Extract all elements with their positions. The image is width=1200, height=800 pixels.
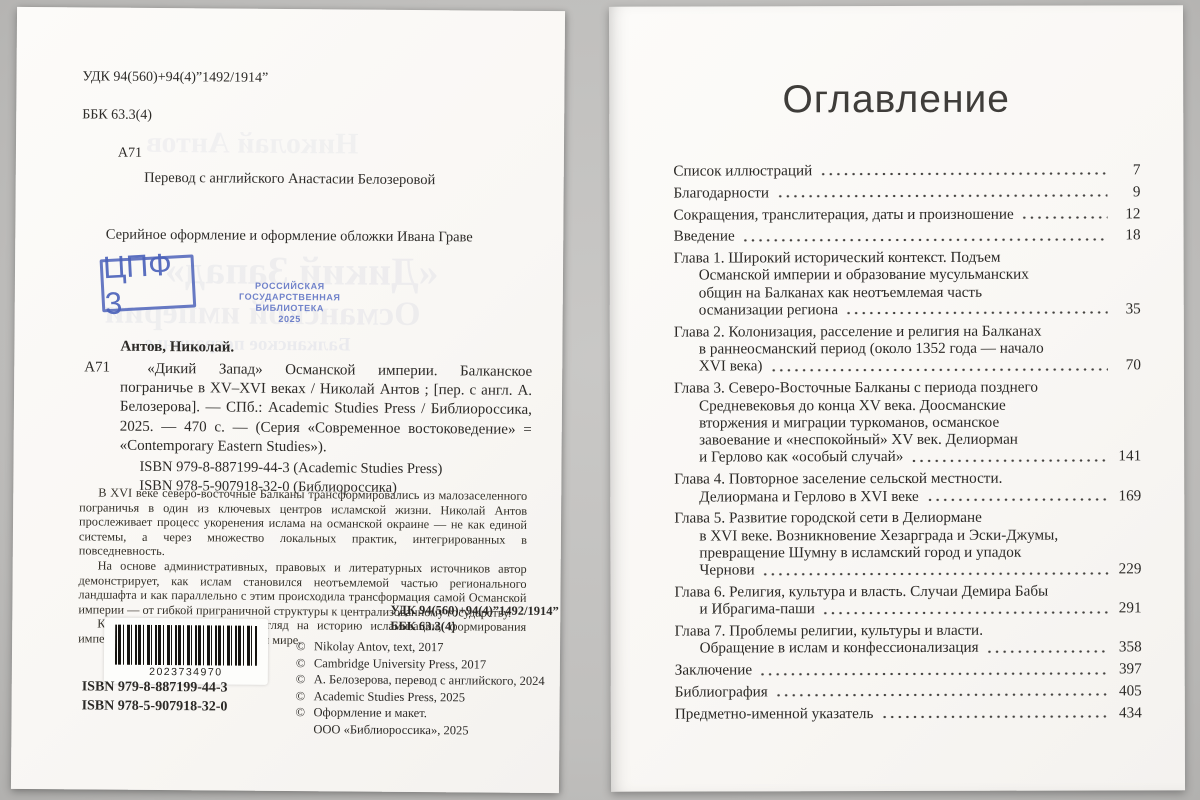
toc-page-number: 397 [1114,661,1142,678]
copyright-sign: © [296,655,314,672]
toc-entry: Благодарности9 [673,183,1140,202]
toc-page-number: 358 [1114,639,1142,656]
toc-line: Список иллюстраций7 [673,161,1140,180]
toc-line: в раннеосманский период (около 1352 года… [674,340,1141,359]
udk-line: УДК 94(560)+94(4)”1492/1914” [82,69,268,85]
toc-page: Оглавление Список иллюстраций7Благодарно… [609,5,1185,792]
copyright-text: ООО «Библиороссика», 2025 [313,721,468,739]
toc-entry-text: в XVI веке. Возникновение Хезарграда и Э… [699,526,1058,544]
toc-entry-text: вторжения и миграции туркоманов, османск… [699,414,999,432]
toc-page-number: 70 [1113,357,1141,374]
translator-credit: Перевод с английского Анастасии Белозеро… [46,169,534,190]
toc-line: Глава 4. Повторное заселение сельской ме… [674,470,1141,489]
copyright-text: Academic Studies Press, 2025 [314,688,466,706]
toc-line: Глава 7. Проблемы религии, культуры и вл… [675,621,1142,640]
toc-entry-text: Глава 3. Северо-Восточные Балканы с пери… [674,379,1038,397]
dot-leader [776,194,1107,199]
toc-entry: Глава 6. Религия, культура и власть. Слу… [674,582,1141,618]
barcode-label: 2023734970 [104,618,269,685]
toc-entry: Предметно-именной указатель434 [675,704,1142,723]
toc-title: Оглавление [609,77,1183,123]
toc-entry: Глава 1. Широкий исторический контекст. … [674,249,1141,319]
toc-list: Список иллюстраций7Благодарности9Сокраще… [673,161,1141,727]
toc-page-number: 141 [1113,448,1141,465]
toc-entry: Глава 3. Северо-Восточные Балканы с пери… [674,379,1141,467]
author-code: А71 [82,145,142,160]
dot-leader [926,497,1109,501]
toc-entry-text: Предметно-именной указатель [675,705,874,723]
toc-entry: Сокращения, транслитерация, даты и произ… [673,205,1140,224]
copyright-list: ©Nikolay Antov, text, 2017©Cambridge Uni… [295,638,545,740]
toc-entry-text: Делиормана и Герлово в XVI веке [699,487,919,505]
toc-entry: Глава 7. Проблемы религии, культуры и вл… [675,621,1142,657]
toc-line: Благодарности9 [673,183,1140,202]
toc-entry-text: Глава 2. Колонизация, расселение и религ… [674,322,1042,340]
toc-entry-text: Список иллюстраций [673,162,812,180]
toc-line: Введение18 [674,227,1141,246]
copyright-text: Nikolay Antov, text, 2017 [314,638,444,656]
dot-leader [910,458,1108,463]
toc-entry-text: общин на Балканах как неотъемлемая часть [699,284,982,302]
toc-line: и Ибрагима-паши291 [675,600,1142,619]
toc-line: общин на Балканах как неотъемлемая часть [674,283,1141,302]
toc-entry-text: османизации региона [699,301,838,319]
toc-line: Османской империи и образование мусульма… [674,266,1141,285]
toc-entry-text: Османской империи и образование мусульма… [699,266,1029,284]
russian-state-library-stamp: РОССИЙСКАЯ ГОСУДАРСТВЕННАЯ БИБЛИОТЕКА 20… [227,281,353,326]
toc-page-number: 35 [1113,300,1141,317]
toc-page-number: 9 [1112,183,1140,200]
toc-entry: Глава 4. Повторное заселение сельской ме… [674,470,1141,506]
copyright-row: ООО «Библиороссика», 2025 [295,721,544,740]
toc-page-number: 18 [1113,227,1141,244]
toc-entry: Глава 5. Развитие городской сети в Делио… [674,509,1141,579]
toc-line: Глава 1. Широкий исторический контекст. … [674,249,1141,268]
dot-leader [880,715,1108,720]
toc-entry-text: и Герлово как «особый случай» [699,448,903,466]
toc-entry: Заключение397 [675,661,1142,680]
toc-entry-text: Библиография [675,683,768,701]
toc-entry: Глава 2. Колонизация, расселение и религ… [674,322,1141,375]
toc-page-number: 169 [1113,487,1141,504]
toc-line: в XVI веке. Возникновение Хезарграда и Э… [674,526,1141,545]
copyright-text: А. Белозерова, перевод с английского, 20… [314,671,545,689]
toc-entry-text: Чернови [699,562,754,579]
dot-leader [762,571,1109,576]
toc-line: Глава 2. Колонизация, расселение и религ… [674,322,1141,341]
toc-entry-text: Глава 6. Религия, культура и власть. Слу… [674,583,1048,601]
toc-line: Предметно-именной указатель434 [675,704,1142,723]
toc-line: Чернови229 [674,561,1141,580]
barcode-number: 2023734970 [115,666,257,679]
design-credit: Серийное оформление и оформление обложки… [45,226,533,247]
toc-page-number: 291 [1114,600,1142,617]
toc-entry: Введение18 [674,227,1141,246]
toc-entry-text: в раннеосманский период (около 1352 года… [699,340,1044,358]
toc-line: Сокращения, транслитерация, даты и произ… [673,205,1140,224]
dot-leader [845,311,1108,316]
isbn-footer: ISBN 979-8-887199-44-3ISBN 978-5-907918-… [82,678,228,716]
toc-entry-text: Заключение [675,662,752,679]
toc-line: XVI века)70 [674,357,1141,376]
dot-leader [822,610,1109,615]
copyright-sign: © [296,638,314,655]
toc-line: Глава 3. Северо-Восточные Балканы с пери… [674,379,1141,398]
copyright-sign: © [296,671,314,688]
toc-entry-text: Глава 4. Повторное заселение сельской ме… [674,470,1002,488]
isbn-line: ISBN 979-8-887199-44-3 (Academic Studies… [139,458,442,479]
toc-line: османизации региона35 [674,300,1141,319]
dot-leader [769,367,1107,372]
catalog-author: Антов, Николай. [120,339,234,357]
toc-line: Глава 6. Религия, культура и власть. Слу… [674,582,1141,601]
toc-entry-text: XVI века) [699,358,763,375]
dot-leader [759,671,1109,676]
toc-entry: Список иллюстраций7 [673,161,1140,180]
toc-entry-text: Средневековья до конца XV века. Доосманс… [699,396,1006,414]
catalog-entry: «Дикий Запад» Османской империи. Балканс… [120,360,533,459]
dot-leader [1021,215,1108,219]
copyright-row: ©Оформление и макет. [295,704,544,723]
copyright-row: ©А. Белозерова, перевод с английского, 2… [296,671,545,690]
book-spread: { "left_page": { "udk_block": { "udk": "… [0,0,1200,800]
copyright-page: Николай Антов «Дикий Запад» Османской им… [11,7,565,793]
dot-leader [986,649,1109,653]
udk-footer: УДК 94(560)+94(4)”1492/1914” ББК 63.3(4) [390,602,559,635]
toc-entry-text: завоевание и «неспокойный» XV век. Делио… [699,431,1018,449]
udk-bbk-block: УДК 94(560)+94(4)”1492/1914” ББК 63.3(4)… [82,67,268,163]
copyright-text: Оформление и макет. [313,705,426,722]
toc-line: и Герлово как «особый случай»141 [674,448,1141,467]
toc-entry-text: Глава 5. Развитие городской сети в Делио… [674,509,982,527]
toc-line: Глава 5. Развитие городской сети в Делио… [674,509,1141,528]
toc-page-number: 7 [1112,161,1140,178]
toc-page-number: 229 [1113,561,1141,578]
toc-entry-text: Обращение в ислам и конфессионализация [700,639,979,657]
copyright-text: Cambridge University Press, 2017 [314,655,486,673]
toc-entry-text: Благодарности [673,184,769,202]
toc-entry-text: Глава 7. Проблемы религии, культуры и вл… [675,622,983,640]
toc-entry-text: Глава 1. Широкий исторический контекст. … [674,249,1001,267]
isbn-footer-line: ISBN 978-5-907918-32-0 [82,697,228,717]
toc-entry-text: Введение [674,228,735,245]
dot-leader [819,172,1107,177]
toc-line: Обращение в ислам и конфессионализация35… [675,639,1142,658]
toc-line: Средневековья до конца XV века. Доосманс… [674,396,1141,415]
dot-leader [775,693,1109,698]
library-cpf-stamp: ЦПФ 3 [100,254,197,312]
copyright-sign: © [296,688,314,705]
toc-line: Библиография405 [675,682,1142,701]
toc-line: Делиормана и Герлово в XVI веке169 [674,487,1141,506]
toc-page-number: 434 [1114,704,1142,721]
toc-entry-text: и Ибрагима-паши [700,601,815,619]
annotation-paragraph: В XVI веке северо-восточные Балканы тран… [79,485,528,561]
toc-entry-text: Сокращения, транслитерация, даты и произ… [673,205,1013,223]
toc-page-number: 12 [1112,205,1140,222]
bbk-line: ББК 63.3(4) [82,107,152,123]
toc-line: вторжения и миграции туркоманов, османск… [674,413,1141,432]
toc-line: превращение Шумну в исламский город и уп… [674,543,1141,562]
toc-page-number: 405 [1114,682,1142,699]
toc-entry-text: превращение Шумну в исламский город и уп… [699,544,1021,562]
barcode [115,625,257,666]
copyright-sign [295,721,313,738]
copyright-row: ©Nikolay Antov, text, 2017 [296,638,545,657]
toc-line: завоевание и «неспокойный» XV век. Делио… [674,431,1141,450]
copyright-row: ©Cambridge University Press, 2017 [296,655,545,674]
isbn-footer-line: ISBN 979-8-887199-44-3 [82,678,228,698]
toc-entry: Библиография405 [675,682,1142,701]
copyright-row: ©Academic Studies Press, 2025 [296,688,545,707]
dot-leader [742,237,1108,242]
copyright-sign: © [295,704,313,721]
catalog-code: А71 [84,359,110,376]
toc-line: Заключение397 [675,661,1142,680]
